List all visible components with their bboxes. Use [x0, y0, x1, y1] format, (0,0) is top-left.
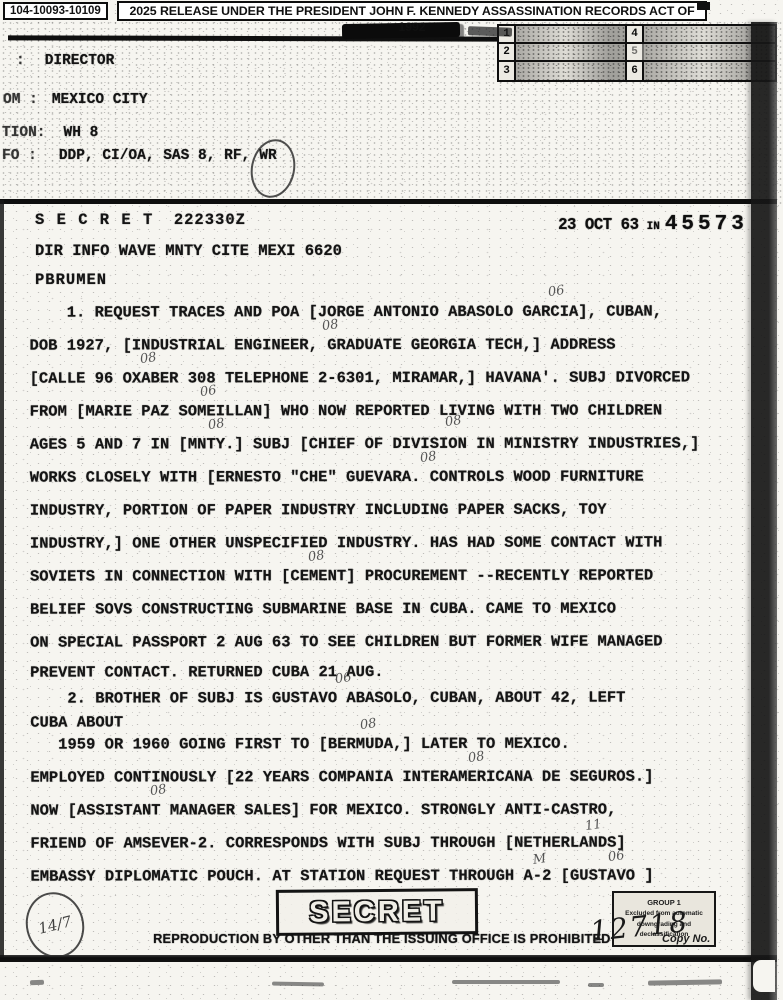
left-edge-line	[0, 200, 4, 957]
info-value: DDP, CI/OA, SAS 8, RF,	[59, 148, 250, 164]
routing-cell: 2	[499, 44, 516, 60]
body-line: NOW [ASSISTANT MANAGER SALES] FOR MEXICO…	[30, 799, 754, 833]
handwritten-annotation: 11	[584, 817, 602, 834]
stamp-number: 45573	[665, 213, 748, 236]
to-value: DIRECTOR	[45, 53, 115, 69]
handwritten-annotation: 08	[444, 413, 462, 430]
reproduction-notice: REPRODUCTION BY OTHER THAN THE ISSUING O…	[153, 931, 611, 946]
routing-grid: 1 4 2 5 3 6	[497, 24, 777, 82]
routing-cell-noise	[516, 44, 627, 60]
handwritten-annotation: 06	[607, 848, 625, 865]
secret-stamp: SECRET	[276, 888, 478, 936]
body-line: CUBA ABOUT	[30, 711, 754, 734]
body-line: [CALLE 96 OXABER 308 TELEPHONE 2-6301, M…	[30, 367, 754, 401]
body-line: INDUSTRY,] ONE OTHER UNSPECIFIED INDUSTR…	[30, 532, 754, 566]
body-line: EMPLOYED CONTINOUSLY [22 YEARS COMPANIA …	[30, 766, 754, 800]
action-prefix: TION:	[2, 125, 46, 141]
routing-cell: 5	[627, 44, 644, 60]
classification: S E C R E T	[35, 211, 154, 229]
body-line: 1. REQUEST TRACES AND POA [JORGE ANTONIO…	[29, 301, 753, 335]
info-circled-value: WR	[259, 148, 276, 164]
body-line: 2. BROTHER OF SUBJ IS GUSTAVO ABASOLO, C…	[30, 687, 754, 712]
scan-smudge	[452, 980, 560, 984]
body-line: FRIEND OF AMSEVER-2. CORRESPONDS WITH SU…	[30, 832, 754, 866]
right-edge-band	[751, 22, 777, 1000]
handwritten-annotation: 06	[334, 670, 352, 687]
corner-mark	[697, 2, 710, 10]
datetime-group: 222330Z	[174, 211, 246, 229]
to-prefix: :	[16, 53, 25, 69]
address-line: DIR INFO WAVE MNTY CITE MEXI 6620	[35, 242, 342, 260]
scan-smudge	[648, 979, 722, 985]
page-note-text: 14/7	[36, 912, 73, 938]
body-line: AGES 5 AND 7 IN [MNTY.] SUBJ [CHIEF OF D…	[30, 433, 754, 467]
bottom-rule	[0, 955, 777, 962]
routing-cell-noise	[516, 26, 627, 42]
page-curl	[753, 960, 775, 992]
header-from-line: OM : MEXICO CITY	[3, 92, 148, 108]
handwritten-annotation: 08	[207, 416, 225, 433]
record-number: 104-10093-10109	[3, 2, 108, 20]
header-info-line: FO : DDP, CI/OA, SAS 8, RF, WR	[2, 148, 277, 164]
ink-smudge	[468, 26, 512, 37]
routing-cell: 4	[627, 26, 644, 42]
handwritten-annotation: 06	[199, 383, 217, 400]
info-prefix: FO :	[2, 148, 37, 164]
body-line: ON SPECIAL PASSPORT 2 AUG 63 TO SEE CHIL…	[30, 631, 754, 662]
from-value: MEXICO CITY	[52, 92, 148, 108]
routing-cell-noise	[516, 62, 627, 80]
received-stamp: 23 OCT 63 IN 45573	[556, 213, 748, 236]
routing-cell: 3	[499, 62, 516, 80]
body-line: INDUSTRY, PORTION OF PAPER INDUSTRY INCL…	[30, 499, 754, 533]
codeword: PBRUMEN	[35, 271, 107, 289]
message-body: 1. REQUEST TRACES AND POA [JORGE ANTONIO…	[29, 301, 754, 899]
stamp-in-label: IN	[647, 221, 660, 233]
header-to-line: : DIRECTOR	[16, 53, 114, 69]
header-rule	[0, 199, 777, 204]
action-value: WH 8	[64, 125, 99, 141]
body-line: FROM [MARIE PAZ SOMEILLAN] WHO NOW REPOR…	[30, 400, 754, 434]
handwritten-annotation: 08	[321, 317, 339, 334]
handwritten-annotation: M	[532, 851, 547, 868]
body-line: SOVIETS IN CONNECTION WITH [CEMENT] PROC…	[30, 565, 754, 599]
routing-cell: 6	[627, 62, 644, 80]
secret-stamp-text: SECRET	[309, 895, 445, 929]
handwritten-annotation: 08	[139, 350, 157, 367]
header-action-line: TION: WH 8	[2, 125, 98, 141]
handwritten-annotation: 06	[547, 283, 565, 300]
classification-line: S E C R E T 222330Z	[35, 211, 246, 229]
handwritten-annotation: 08	[467, 749, 485, 766]
handwritten-annotation: 08	[359, 716, 377, 733]
handwritten-annotation: 08	[419, 449, 437, 466]
body-line: 1959 OR 1960 GOING FIRST TO [BERMUDA,] L…	[30, 733, 754, 767]
stamp-date: 23 OCT 63	[558, 215, 638, 234]
scan-smudge	[588, 983, 604, 987]
body-line: PREVENT CONTACT. RETURNED CUBA 21 AUG.	[30, 661, 754, 688]
body-line: WORKS CLOSELY WITH [ERNESTO "CHE" GUEVAR…	[30, 466, 754, 500]
release-banner: 2025 RELEASE UNDER THE PRESIDENT JOHN F.…	[117, 1, 707, 21]
body-line: BELIEF SOVS CONSTRUCTING SUBMARINE BASE …	[30, 598, 754, 632]
scan-smudge	[272, 982, 324, 987]
from-prefix: OM :	[3, 92, 38, 108]
scan-smudge	[30, 980, 44, 985]
handwritten-annotation: 08	[149, 782, 167, 799]
document-page: 104-10093-10109 2025 RELEASE UNDER THE P…	[0, 0, 783, 1000]
handwritten-annotation: 08	[307, 548, 325, 565]
